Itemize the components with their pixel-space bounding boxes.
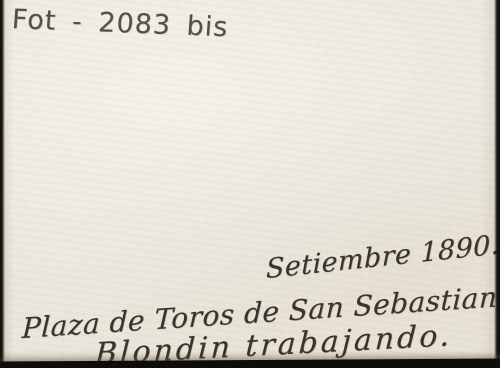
photo-back-card: Fot - 2083 bis Setiembre 1890. Plaza de … (0, 0, 500, 368)
scan-edge-bottom (0, 358, 500, 368)
scan-edge-left (0, 0, 5, 368)
date-note: Setiembre 1890. (266, 229, 500, 285)
scan-edge-right (494, 0, 500, 368)
catalog-number-note: Fot - 2083 bis (11, 4, 230, 43)
